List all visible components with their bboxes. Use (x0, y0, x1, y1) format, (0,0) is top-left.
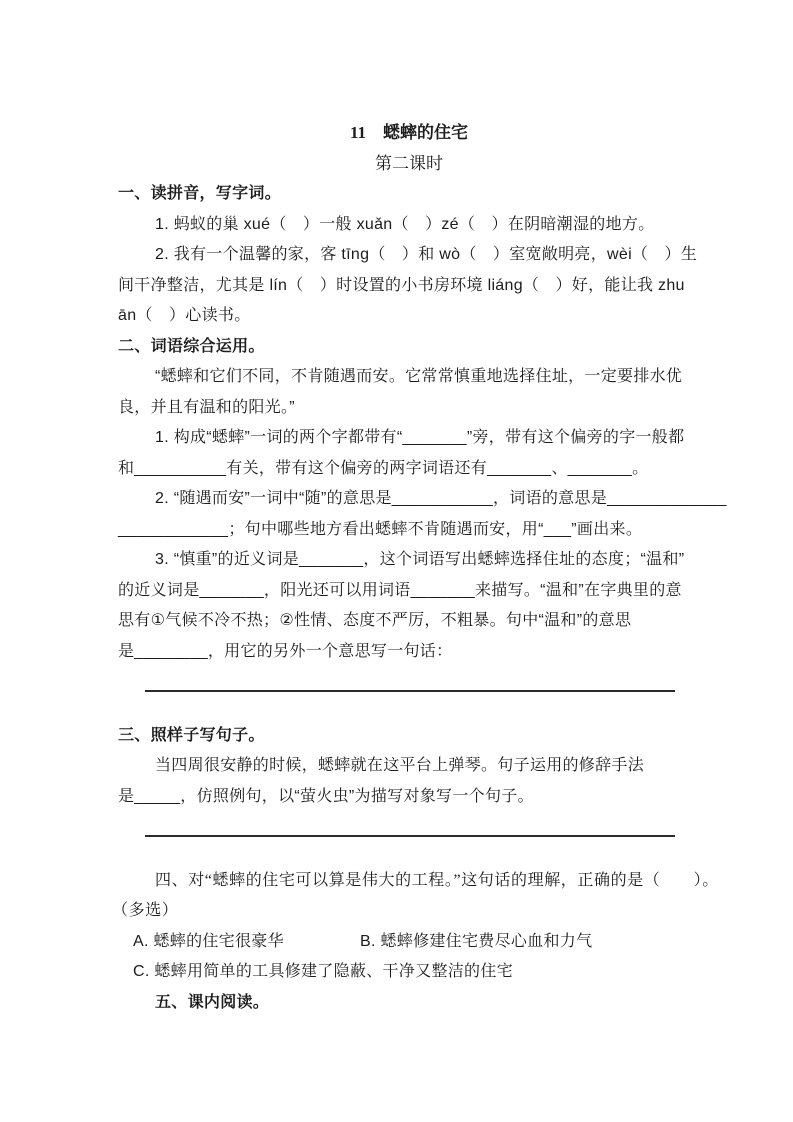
section-3-heading: 三、照样子写句子。 (118, 721, 678, 752)
s4-option-b: B. 蟋蟀修建住宅费尽心血和力气 (360, 933, 592, 950)
worksheet-content: 11 蟋蟀的住宅 第二课时 一、读拼音，写字词。 1. 蚂蚁的巢 xué（ ）一… (118, 117, 678, 1018)
s3-example-line-1: 当四周很安静的时候，蟋蟀就在这平台上弹琴。句子运用的修辞手法 (118, 751, 678, 782)
answer-line-1 (118, 690, 678, 721)
s1-question-2-line-1: 2. 我有一个温馨的家，客 tīng（ ）和 wò（ ）室宽敞明亮，wèi（ ）… (118, 240, 678, 271)
s2-question-3-line-4: 是________，用它的另外一个意思写一句话： (118, 637, 678, 668)
section-5-heading: 五、课内阅读。 (118, 988, 678, 1019)
section-2-heading: 二、词语综合运用。 (118, 332, 678, 363)
s2-quote-line-2: 良，并且有温和的阳光。” (118, 393, 678, 424)
section-1-heading: 一、读拼音，写字词。 (118, 179, 678, 210)
s1-question-2-line-2: 间干净整洁，尤其是 lín（ ）时设置的小书房环境 liáng（ ）好，能让我 … (118, 271, 678, 302)
s1-question-1: 1. 蚂蚁的巢 xué（ ）一般 xuǎn（ ）zé（ ）在阴暗潮湿的地方。 (118, 210, 678, 241)
s2-quote-line-1: “蟋蟀和它们不同，不肯随遇而安。它常常慎重地选择住址，一定要排水优 (118, 362, 678, 393)
section-4-question: 四、对“蟋蟀的住宅可以算是伟大的工程。”这句话的理解，正确的是（ ）。 (118, 866, 678, 897)
s2-question-3-line-3: 思有①气候不冷不热；②性情、态度不严厉，不粗暴。句中“温和”的意思 (118, 606, 678, 637)
answer-line-2 (118, 835, 678, 866)
worksheet-subtitle: 第二课时 (118, 148, 678, 179)
s4-option-c: C. 蟋蟀用简单的工具修建了隐蔽、干净又整洁的住宅 (118, 957, 678, 988)
section-4-multi-select-note: （多选） (112, 896, 678, 927)
answer-line-1-rule (145, 690, 675, 692)
s2-question-1-line-2: 和__________有关，带有这个偏旁的两字词语还有_______、_____… (118, 454, 678, 485)
s2-question-3-line-1: 3. “慎重”的近义词是_______，这个词语写出蟋蟀选择住址的态度；“温和” (118, 545, 678, 576)
s4-option-a: A. 蟋蟀的住宅很豪华 (133, 927, 360, 958)
s2-question-3-line-2: 的近义词是_______，阳光还可以用词语_______来描写。“温和”在字典里… (118, 576, 678, 607)
worksheet-title: 11 蟋蟀的住宅 (118, 117, 678, 148)
s3-example-line-2: 是_____，仿照例句，以“萤火虫”为描写对象写一个句子。 (118, 782, 678, 813)
answer-line-2-rule (145, 835, 675, 837)
s2-question-1-line-1: 1. 构成“蟋蟀”一词的两个字都带有“_______”旁，带有这个偏旁的字一般都 (118, 423, 678, 454)
worksheet-page: 11 蟋蟀的住宅 第二课时 一、读拼音，写字词。 1. 蚂蚁的巢 xué（ ）一… (0, 0, 793, 1122)
s2-question-2-line-1: 2. “随遇而安”一词中“随”的意思是___________，词语的意思是___… (118, 484, 678, 515)
s2-question-2-line-2: ____________；句中哪些地方看出蟋蟀不肯随遇而安，用“___”画出来。 (118, 515, 678, 546)
s4-options-row-1: A. 蟋蟀的住宅很豪华B. 蟋蟀修建住宅费尽心血和力气 (118, 927, 678, 958)
s1-question-2-line-3: ān（ ）心读书。 (118, 301, 678, 332)
